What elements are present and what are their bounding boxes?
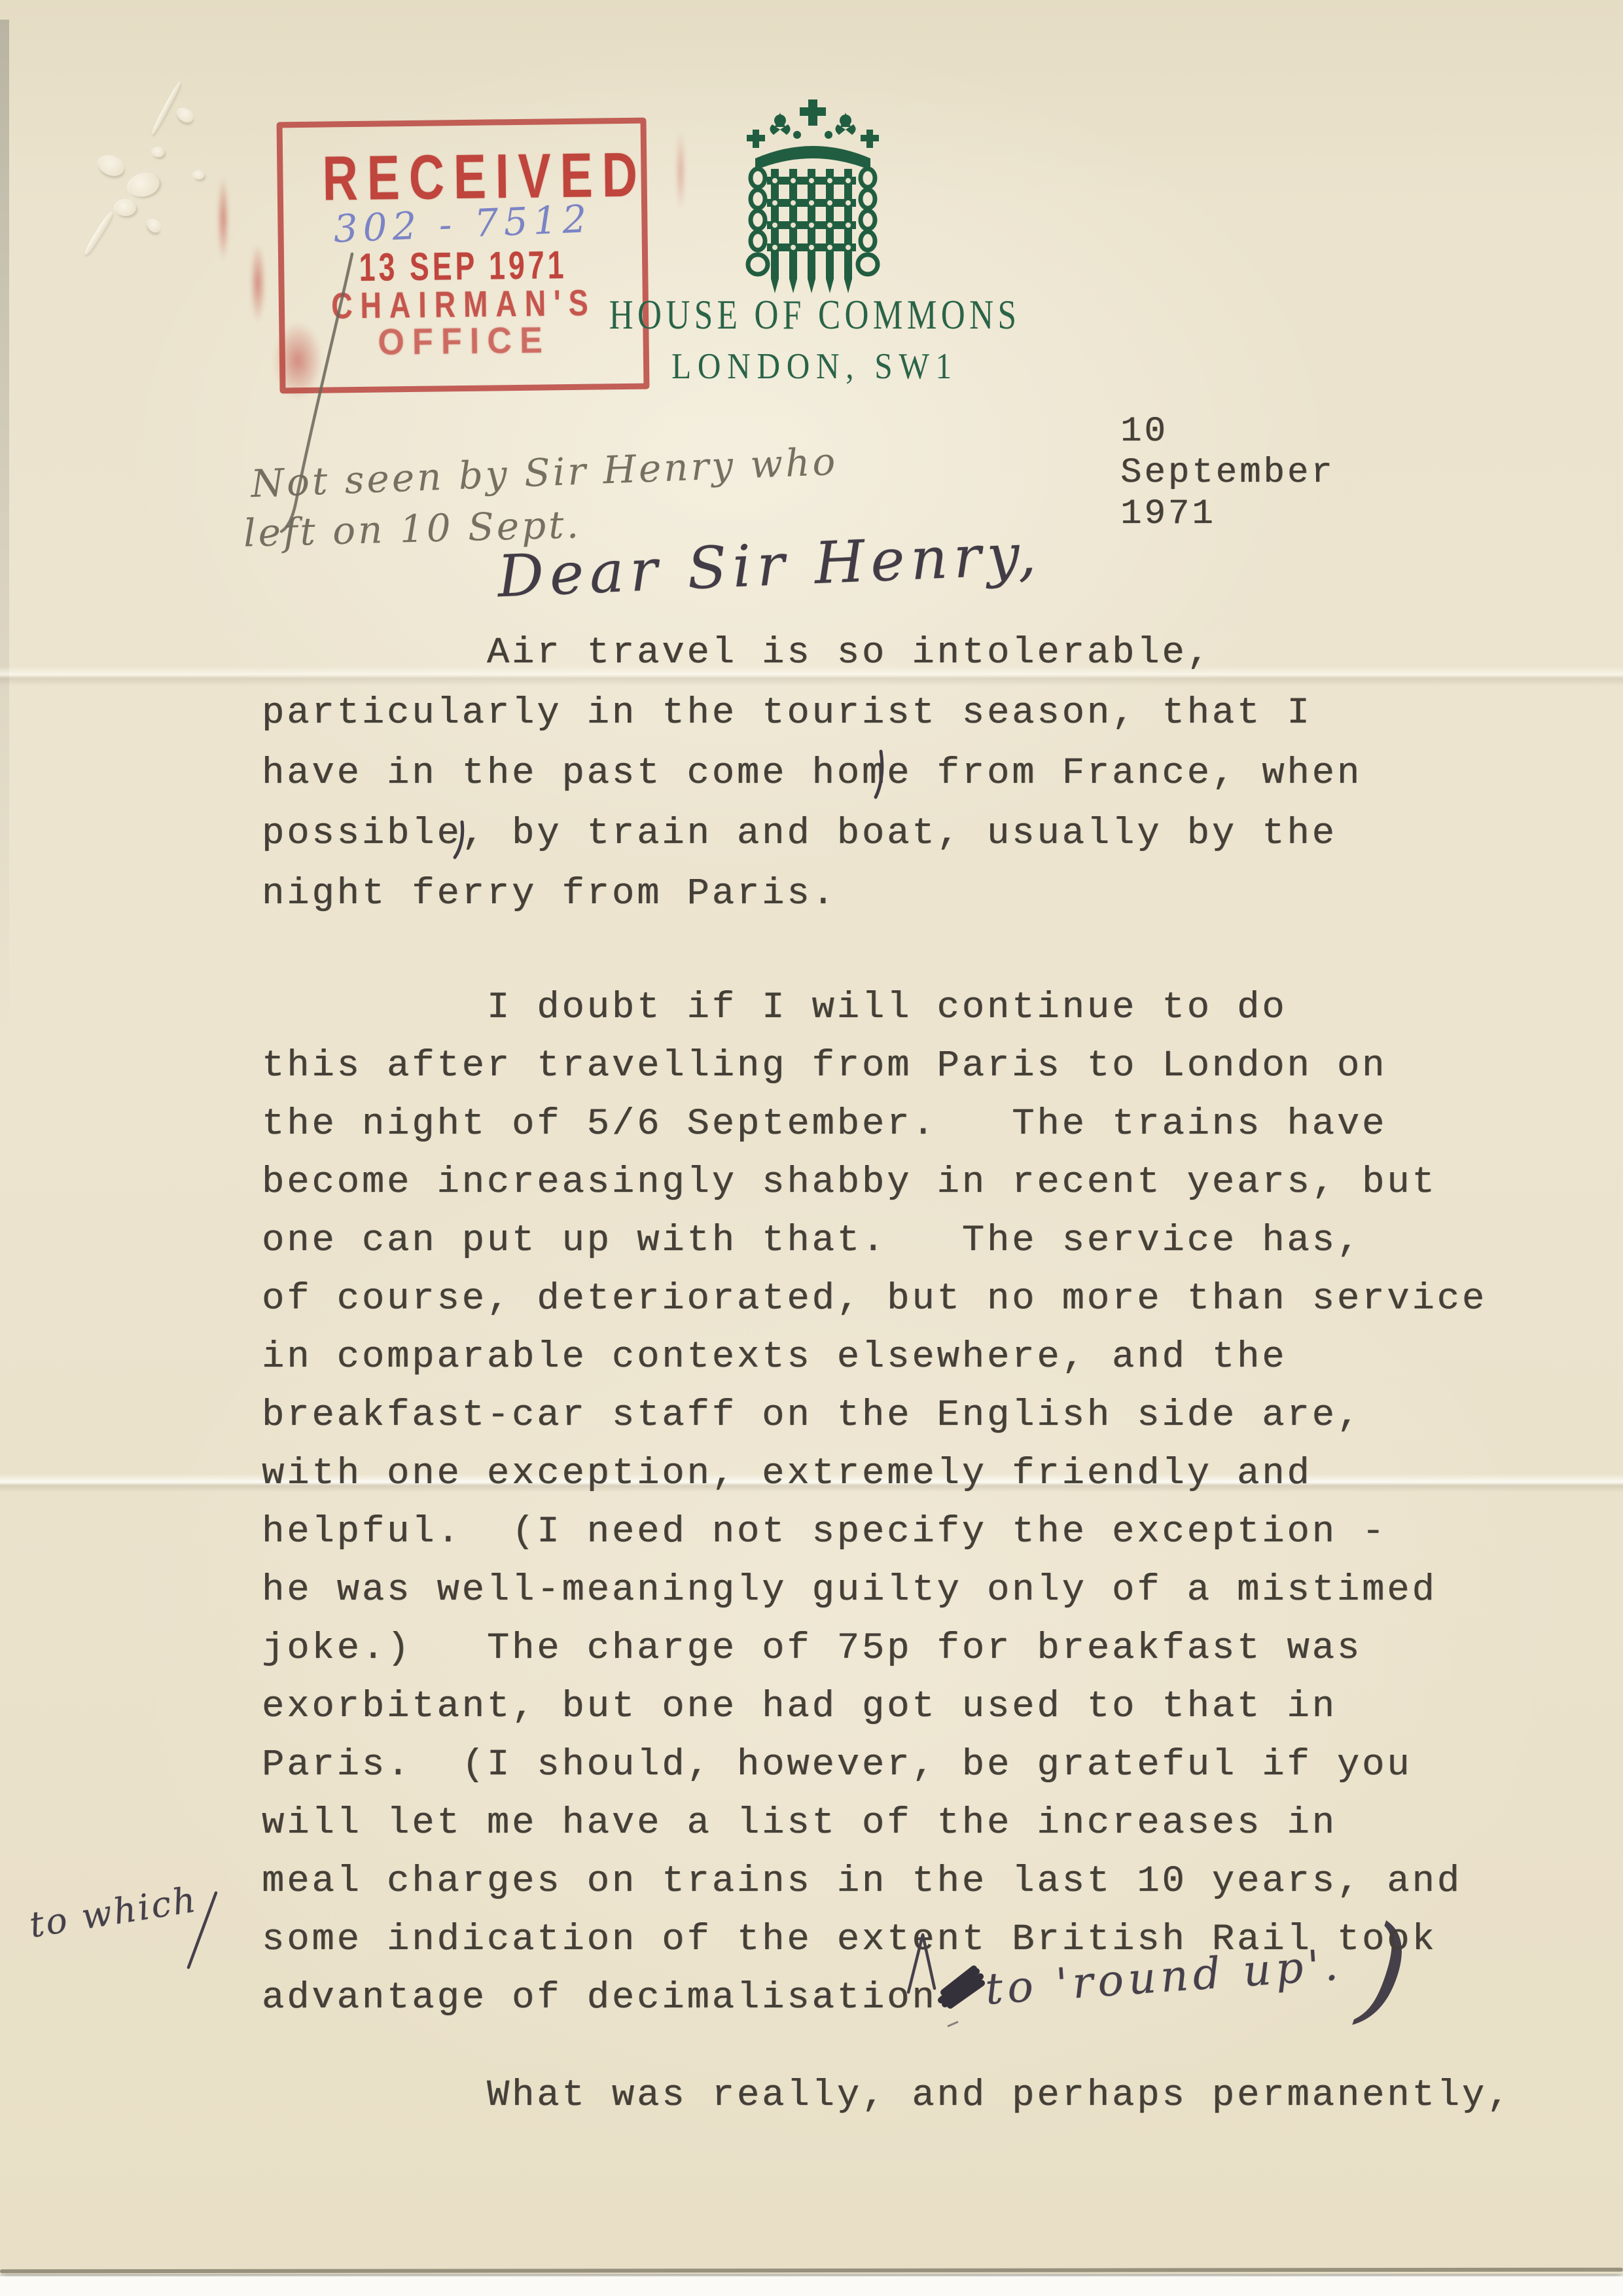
scanner-background (0, 2276, 1623, 2296)
inserted-comma-mark (455, 822, 463, 857)
pencil-tick-mark (281, 254, 352, 531)
insertion-slash-mark (188, 1893, 216, 1967)
scanned-letter: RECEIVED 302 - 7512 13 SEP 1971 CHAIRMAN… (0, 0, 1623, 2296)
scribble-deletion-mark (941, 1969, 982, 2005)
ink-marks-overlay (0, 0, 1623, 2296)
stray-ink-dot (948, 2022, 958, 2026)
insertion-caret-mark (908, 1935, 935, 1992)
inserted-comma-mark (876, 751, 882, 797)
